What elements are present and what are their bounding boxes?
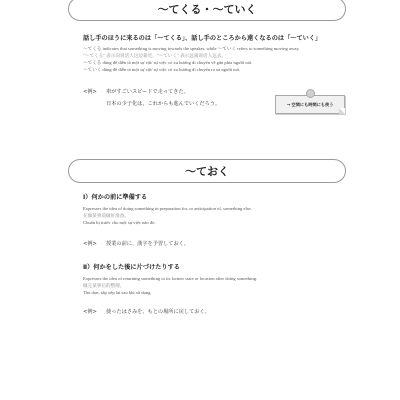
example-1: <例>車がすごいスピードで走ってきた。 [83,88,189,95]
section-title-text: ～ておく [185,163,229,179]
section-title-text: ～てくる・～ていく [158,1,257,17]
section-title-tekuru-teiku: ～てくる・～ていく [68,0,346,21]
sub1-explanation-en: Expresses the idea of doing something in… [83,206,252,211]
sub1-explanation-zh: 在做某事前做好准备。 [83,213,129,219]
subsection-heading-1: Ⅰ）何かの前に準備する [83,192,147,201]
page-fold-icon [339,108,345,114]
example-sentence: 使ったはさみを、もとの場所に戻しておく。 [106,309,210,315]
sticky-note: → 空間にも時間にも使う [275,95,345,114]
explanation-vi-2: ～ていく dùng để diễn tả một sự vật/ sự việc… [83,67,240,73]
example-2: 日本の少子化は、これからも進んでいくだろう。 [83,100,220,107]
pin-icon [306,89,315,98]
explanation-vi-1: ～てくる dùng để diễn tả một sự vật/ sự việc… [83,60,252,66]
example-sentence: 授業の前に、漢字を予習しておく。 [106,241,189,247]
sub2-explanation-vi: Thu dọn, sắp xếp lại sau khi sử dụng. [83,290,152,295]
subsection-heading-2: Ⅱ）何かをした後に片づけたりする [83,262,180,271]
example-tag: <例> [83,240,106,247]
example-tag: <例> [83,308,106,315]
sub2-explanation-zh: 做完某事后的整理。 [83,283,124,289]
sub1-explanation-vi: Chuẩn bị trước cho một sự việc nào đó. [83,220,156,225]
section-lead: 話し手のほうに来るのは「～てくる」、話し手のところから遠くなるのは「～ていく」 [83,33,321,42]
sub2-explanation-en: Expresses the idea of returning somethin… [83,276,257,281]
example-sentence: 日本の少子化は、これからも進んでいくだろう。 [106,101,220,107]
explanation-zh: "～てくる" 表示向说话人这边靠近，"～ていく" 表示远离说话人远去。 [83,53,226,59]
explanation-en: ～てくる indicates that something is moving … [83,46,300,52]
sub1-example: <例>授業の前に、漢字を予習しておく。 [83,240,189,247]
example-sentence: 車がすごいスピードで走ってきた。 [106,89,189,95]
sub2-example: <例>使ったはさみを、もとの場所に戻しておく。 [83,308,210,315]
note-text: → 空間にも時間にも使う [287,102,334,108]
section-title-teoku: ～ておく [68,159,346,183]
example-tag: <例> [83,88,106,95]
